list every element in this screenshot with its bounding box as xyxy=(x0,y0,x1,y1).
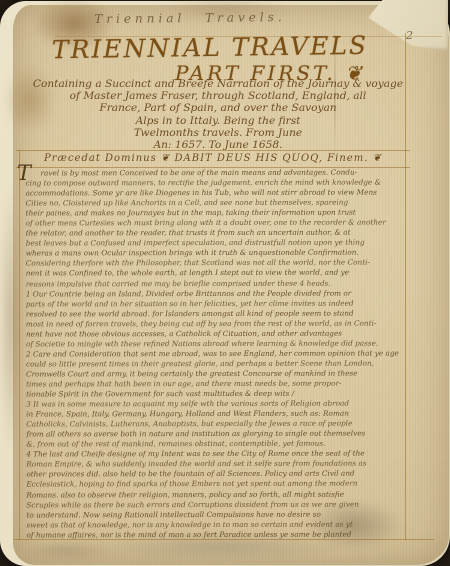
subtitle-block: Containing a Succinct and Breefe Narrati… xyxy=(8,78,428,151)
subtitle-line: An: 1657. To June 1658. xyxy=(8,139,428,151)
manuscript-body-line: of humane affaires, nor is the mind of m… xyxy=(26,529,406,540)
subtitle-line: Containing a Succinct and Breefe Narrati… xyxy=(8,78,428,90)
page-title: TRIENNIAL TRAVELS xyxy=(40,31,380,65)
subtitle-line: Alps in to Ittaly. Being the first xyxy=(8,115,428,127)
page-content: Triennial Travels. 2 TRIENNIAL TRAVELS P… xyxy=(0,0,450,566)
subtitle-line: of Master James Fraser, through Scotland… xyxy=(8,90,428,102)
latin-motto: Præcedat Dominus ❦ DABIT DEUS HIS QUOQ, … xyxy=(20,151,406,167)
page-number: 2 xyxy=(406,29,413,42)
subtitle-line: Twelmonths travels. From June xyxy=(8,127,428,139)
manuscript-photo: Triennial Travels. 2 TRIENNIAL TRAVELS P… xyxy=(0,0,450,566)
running-header: Triennial Travels. xyxy=(40,9,340,26)
subtitle-line: France, Part of Spain, and over the Savo… xyxy=(8,102,428,114)
body-text: ravel is by most men Conceived to be one… xyxy=(26,168,407,541)
